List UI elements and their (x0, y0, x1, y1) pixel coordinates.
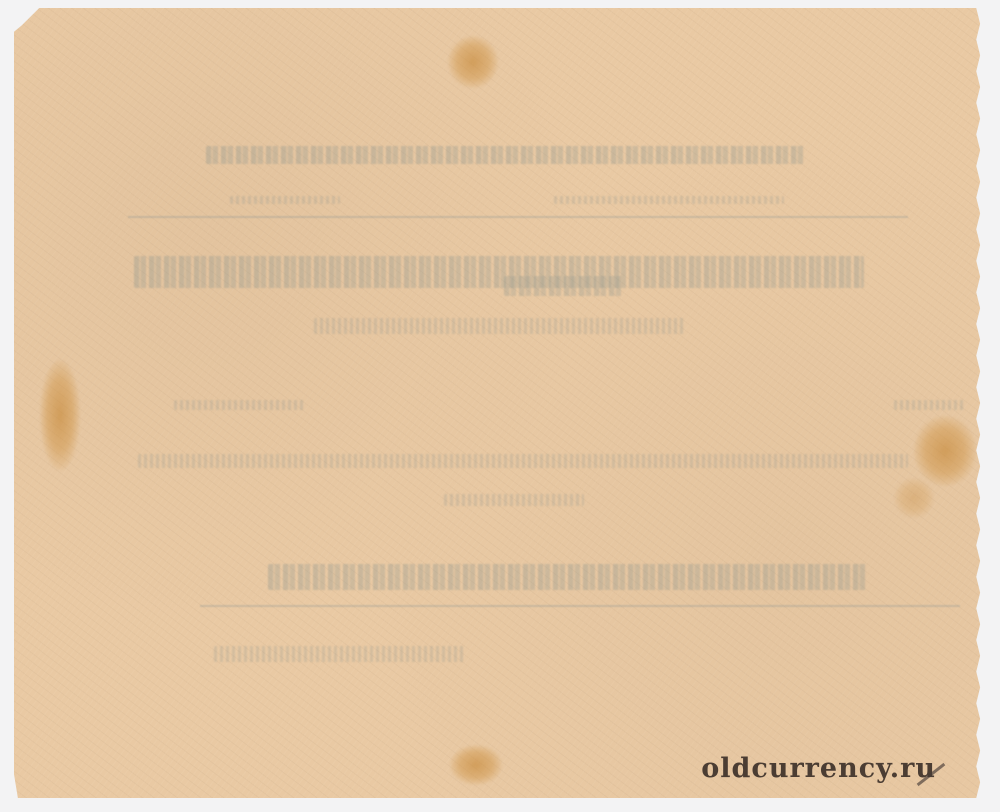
divider-rule-top (128, 216, 908, 218)
bleed-amount-line (268, 564, 868, 590)
bleed-line-2 (314, 318, 684, 334)
bleed-line-4 (138, 454, 908, 468)
watermark-text: oldcurrency.ru (701, 753, 936, 784)
bleed-title-line (134, 256, 864, 288)
bleed-line-5 (444, 494, 584, 506)
bleed-subline-right (554, 196, 784, 204)
bleed-line-3 (174, 400, 304, 410)
banknote-paper: oldcurrency.ru (14, 8, 984, 798)
divider-rule-bottom (200, 605, 960, 607)
bleed-subline-left (230, 196, 340, 204)
stain-top (448, 36, 498, 88)
bleed-serial-number (504, 276, 622, 296)
stain-right (914, 416, 976, 486)
stain-left (40, 360, 80, 470)
stain-right-small (894, 478, 934, 518)
bleed-signature-line (214, 646, 464, 662)
bleed-heading-line (206, 146, 806, 164)
stain-bottom (450, 745, 502, 785)
bleed-line-3-right (894, 400, 964, 410)
